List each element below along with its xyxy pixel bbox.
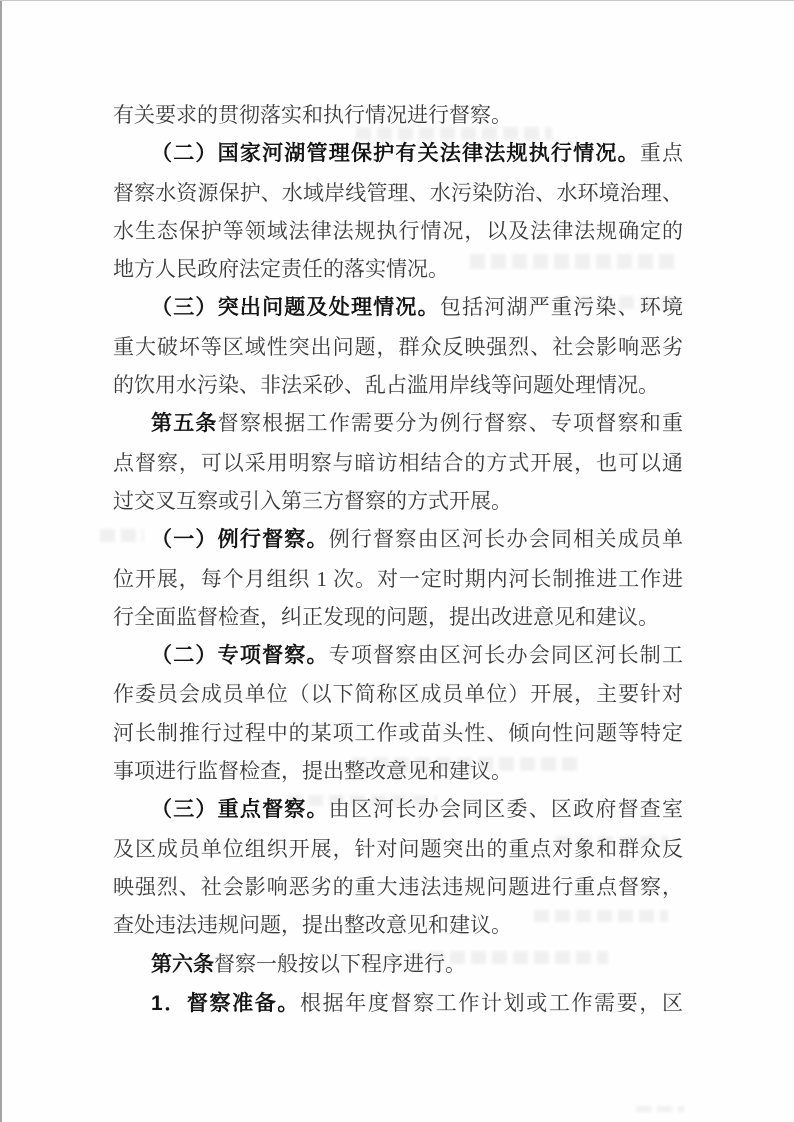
text-line: （一）例行督察。例行督察由区河长办会同相关成员单 — [113, 520, 683, 559]
body-text-run: 重点 — [640, 141, 683, 165]
body-text-run: 事项进行监督检查，提出整改意见和建议。 — [113, 759, 512, 783]
text-line: 有关要求的贯彻落实和执行情况进行督察。 — [113, 96, 683, 134]
body-text-run: 根据年度督察工作计划或工作需要，区 — [300, 991, 683, 1015]
scan-edge-top — [0, 0, 794, 1]
text-line: 映强烈、社会影响恶劣的重大违法违规问题进行重点督察， — [113, 868, 683, 906]
text-line: 及区成员单位组织开展，针对问题突出的重点对象和群众反 — [113, 830, 683, 868]
bold-heading-run: （三）重点督察。 — [151, 798, 329, 821]
bleedthrough-artifact — [636, 1106, 684, 1112]
text-line: 地方人民政府法定责任的落实情况。 — [113, 250, 683, 288]
text-line: （二）专项督察。专项督察由区河长办会同区河长制工 — [113, 636, 683, 675]
body-text-run: 的饮用水污染、非法采砂、乱占滥用岸线等问题处理情况。 — [113, 373, 659, 397]
body-text-run: 查处违法违规问题，提出整改意见和建议。 — [113, 913, 512, 937]
body-text-run: 位开展，每个月组织 1 次。对一定时期内河长制推进工作进 — [113, 567, 683, 591]
bold-heading-run: （二）国家河湖管理保护有关法律法规执行情况。 — [151, 142, 640, 165]
text-line: 水生态保护等领域法律法规执行情况，以及法律法规确定的 — [113, 212, 683, 250]
text-line: 河长制推行过程中的某项工作或苗头性、倾向性问题等特定 — [113, 714, 683, 752]
text-line: 作委员会成员单位（以下简称区成员单位）开展，主要针对 — [113, 675, 683, 713]
body-text-run: 行全面监督检查，纠正发现的问题，提出改进意见和建议。 — [113, 605, 659, 629]
document-page: 有关要求的贯彻落实和执行情况进行督察。（二）国家河湖管理保护有关法律法规执行情况… — [0, 0, 794, 1122]
body-text-run: 督察水资源保护、水域岸线管理、水污染防治、水环境治理、 — [113, 181, 683, 205]
text-line: 查处违法违规问题，提出整改意见和建议。 — [113, 906, 683, 944]
scan-edge-left — [0, 0, 2, 1122]
text-line: 行全面监督检查，纠正发现的问题，提出改进意见和建议。 — [113, 598, 683, 636]
text-line: 的饮用水污染、非法采砂、乱占滥用岸线等问题处理情况。 — [113, 366, 683, 404]
bold-heading-run: 第六条 — [151, 953, 214, 976]
body-text-run: 河长制推行过程中的某项工作或苗头性、倾向性问题等特定 — [113, 721, 683, 745]
body-text-run: 包括河湖严重污染、环境 — [440, 295, 683, 319]
bold-heading-run: （三）突出问题及处理情况。 — [151, 296, 440, 319]
body-text-run: 由区河长办会同区委、区政府督查室 — [329, 797, 683, 821]
body-text-run: 及区成员单位组织开展，针对问题突出的重点对象和群众反 — [113, 837, 683, 861]
text-line: 事项进行监督检查，提出整改意见和建议。 — [113, 752, 683, 790]
body-text-run: 水生态保护等领域法律法规执行情况，以及法律法规确定的 — [113, 219, 683, 243]
bold-heading-run: （一）例行督察。 — [151, 528, 329, 551]
body-text-run: 过交叉互察或引入第三方督察的方式开展。 — [113, 489, 512, 513]
body-text-run: 地方人民政府法定责任的落实情况。 — [113, 257, 449, 281]
text-line: 点督察，可以采用明察与暗访相结合的方式开展，也可以通 — [113, 444, 683, 482]
body-text-run: 专项督察由区河长办会同区河长制工 — [329, 643, 683, 667]
body-text-run: 有关要求的贯彻落实和执行情况进行督察。 — [113, 103, 512, 127]
text-line: （二）国家河湖管理保护有关法律法规执行情况。重点 — [113, 134, 683, 173]
bold-heading-run: 第五条 — [151, 412, 218, 435]
text-line: （三）突出问题及处理情况。包括河湖严重污染、环境 — [113, 288, 683, 327]
body-text-run: 重大破坏等区域性突出问题，群众反映强烈、社会影响恶劣 — [113, 335, 683, 359]
body-text-run: 作委员会成员单位（以下简称区成员单位）开展，主要针对 — [113, 682, 683, 706]
body-text-run: 督察一般按以下程序进行。 — [214, 952, 466, 976]
document-text: 有关要求的贯彻落实和执行情况进行督察。（二）国家河湖管理保护有关法律法规执行情况… — [113, 96, 683, 1023]
text-line: （三）重点督察。由区河长办会同区委、区政府督查室 — [113, 790, 683, 829]
text-line: 督察水资源保护、水域岸线管理、水污染防治、水环境治理、 — [113, 174, 683, 212]
bold-heading-run: （二）专项督察。 — [151, 644, 329, 667]
text-line: 过交叉互察或引入第三方督察的方式开展。 — [113, 482, 683, 520]
body-text-run: 映强烈、社会影响恶劣的重大违法违规问题进行重点督察， — [113, 875, 683, 899]
text-line: 第五条督察根据工作需要分为例行督察、专项督察和重 — [113, 404, 683, 443]
body-text-run: 点督察，可以采用明察与暗访相结合的方式开展，也可以通 — [113, 451, 683, 475]
body-text-run: 督察根据工作需要分为例行督察、专项督察和重 — [218, 411, 683, 435]
body-text-run: 例行督察由区河长办会同相关成员单 — [329, 527, 683, 551]
text-line: 位开展，每个月组织 1 次。对一定时期内河长制推进工作进 — [113, 560, 683, 598]
text-line: 重大破坏等区域性突出问题，群众反映强烈、社会影响恶劣 — [113, 328, 683, 366]
text-line: 1．督察准备。根据年度督察工作计划或工作需要，区 — [113, 984, 683, 1023]
text-line: 第六条督察一般按以下程序进行。 — [113, 945, 683, 984]
bold-heading-run: 1．督察准备。 — [151, 992, 300, 1015]
